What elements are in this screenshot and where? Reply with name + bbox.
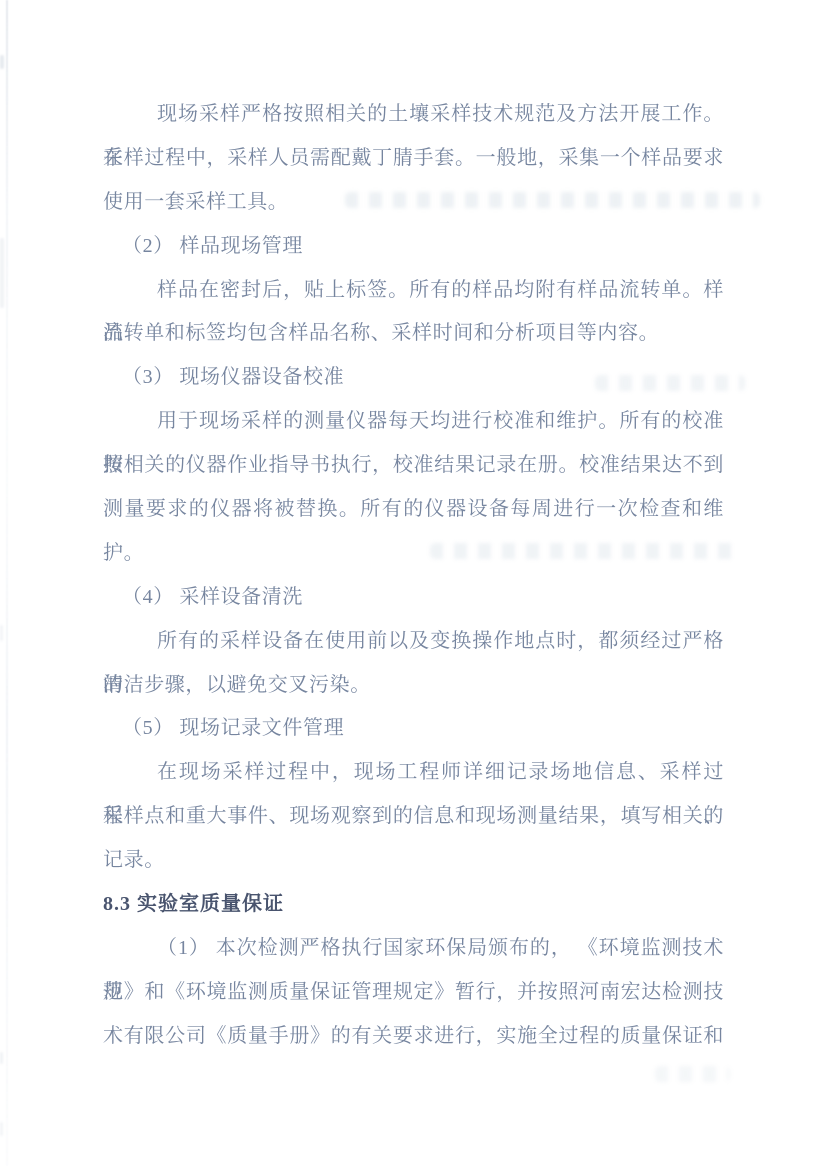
text-line: 用于现场采样的测量仪器每天均进行校准和维护。所有的校准按 <box>103 400 724 444</box>
text-line: 照相关的仪器作业指导书执行，校准结果记录在册。校准结果达不到 <box>103 444 724 488</box>
text-line: 使用一套采样工具。 <box>103 181 724 225</box>
scan-artifact <box>0 238 4 308</box>
text-line: 样品在密封后，贴上标签。所有的样品均附有样品流转单。样品 <box>103 269 724 313</box>
scan-artifact <box>0 625 3 641</box>
text-line: 在现场采样过程中，现场工程师详细记录场地信息、采样过程、 <box>103 751 724 795</box>
text-line: 采样过程中，采样人员需配戴丁腈手套。一般地，采集一个样品要求 <box>103 137 724 181</box>
text-line: 术有限公司《质量手册》的有关要求进行，实施全过程的质量保证和 <box>103 1015 724 1059</box>
text-line: 范》和《环境监测质量保证管理规定》暂行，并按照河南宏达检测技 <box>103 971 724 1015</box>
text-line: 现场采样严格按照相关的土壤采样技术规范及方法开展工作。在 <box>103 93 724 137</box>
scan-seam-line <box>6 0 8 1166</box>
scan-artifact <box>0 1052 3 1064</box>
text-line: 护。 <box>103 532 724 576</box>
section-heading: 8.3 实验室质量保证 <box>103 883 724 927</box>
document-page: 现场采样严格按照相关的土壤采样技术规范及方法开展工作。在采样过程中，采样人员需配… <box>0 0 825 1166</box>
scan-ghost-text <box>655 1066 730 1082</box>
text-line: （4） 采样设备清洗 <box>103 576 724 620</box>
scan-artifact <box>0 1122 3 1136</box>
text-line: 清洁步骤，以避免交叉污染。 <box>103 664 724 708</box>
text-line: （5） 现场记录文件管理 <box>103 707 724 751</box>
document-text: 现场采样严格按照相关的土壤采样技术规范及方法开展工作。在采样过程中，采样人员需配… <box>103 93 724 1059</box>
text-line: 采样点和重大事件、现场观察到的信息和现场测量结果，填写相关的 <box>103 795 724 839</box>
text-line: 测量要求的仪器将被替换。所有的仪器设备每周进行一次检查和维 <box>103 488 724 532</box>
text-line: （1） 本次检测严格执行国家环保局颁布的， 《环境监测技术规 <box>103 927 724 971</box>
text-line: （2） 样品现场管理 <box>103 225 724 269</box>
text-line: 流转单和标签均包含样品名称、采样时间和分析项目等内容。 <box>103 312 724 356</box>
text-line: 记录。 <box>103 839 724 883</box>
text-line: （3） 现场仪器设备校准 <box>103 356 724 400</box>
text-line: 所有的采样设备在使用前以及变换操作地点时，都须经过严格的 <box>103 620 724 664</box>
scan-artifact <box>0 55 4 69</box>
